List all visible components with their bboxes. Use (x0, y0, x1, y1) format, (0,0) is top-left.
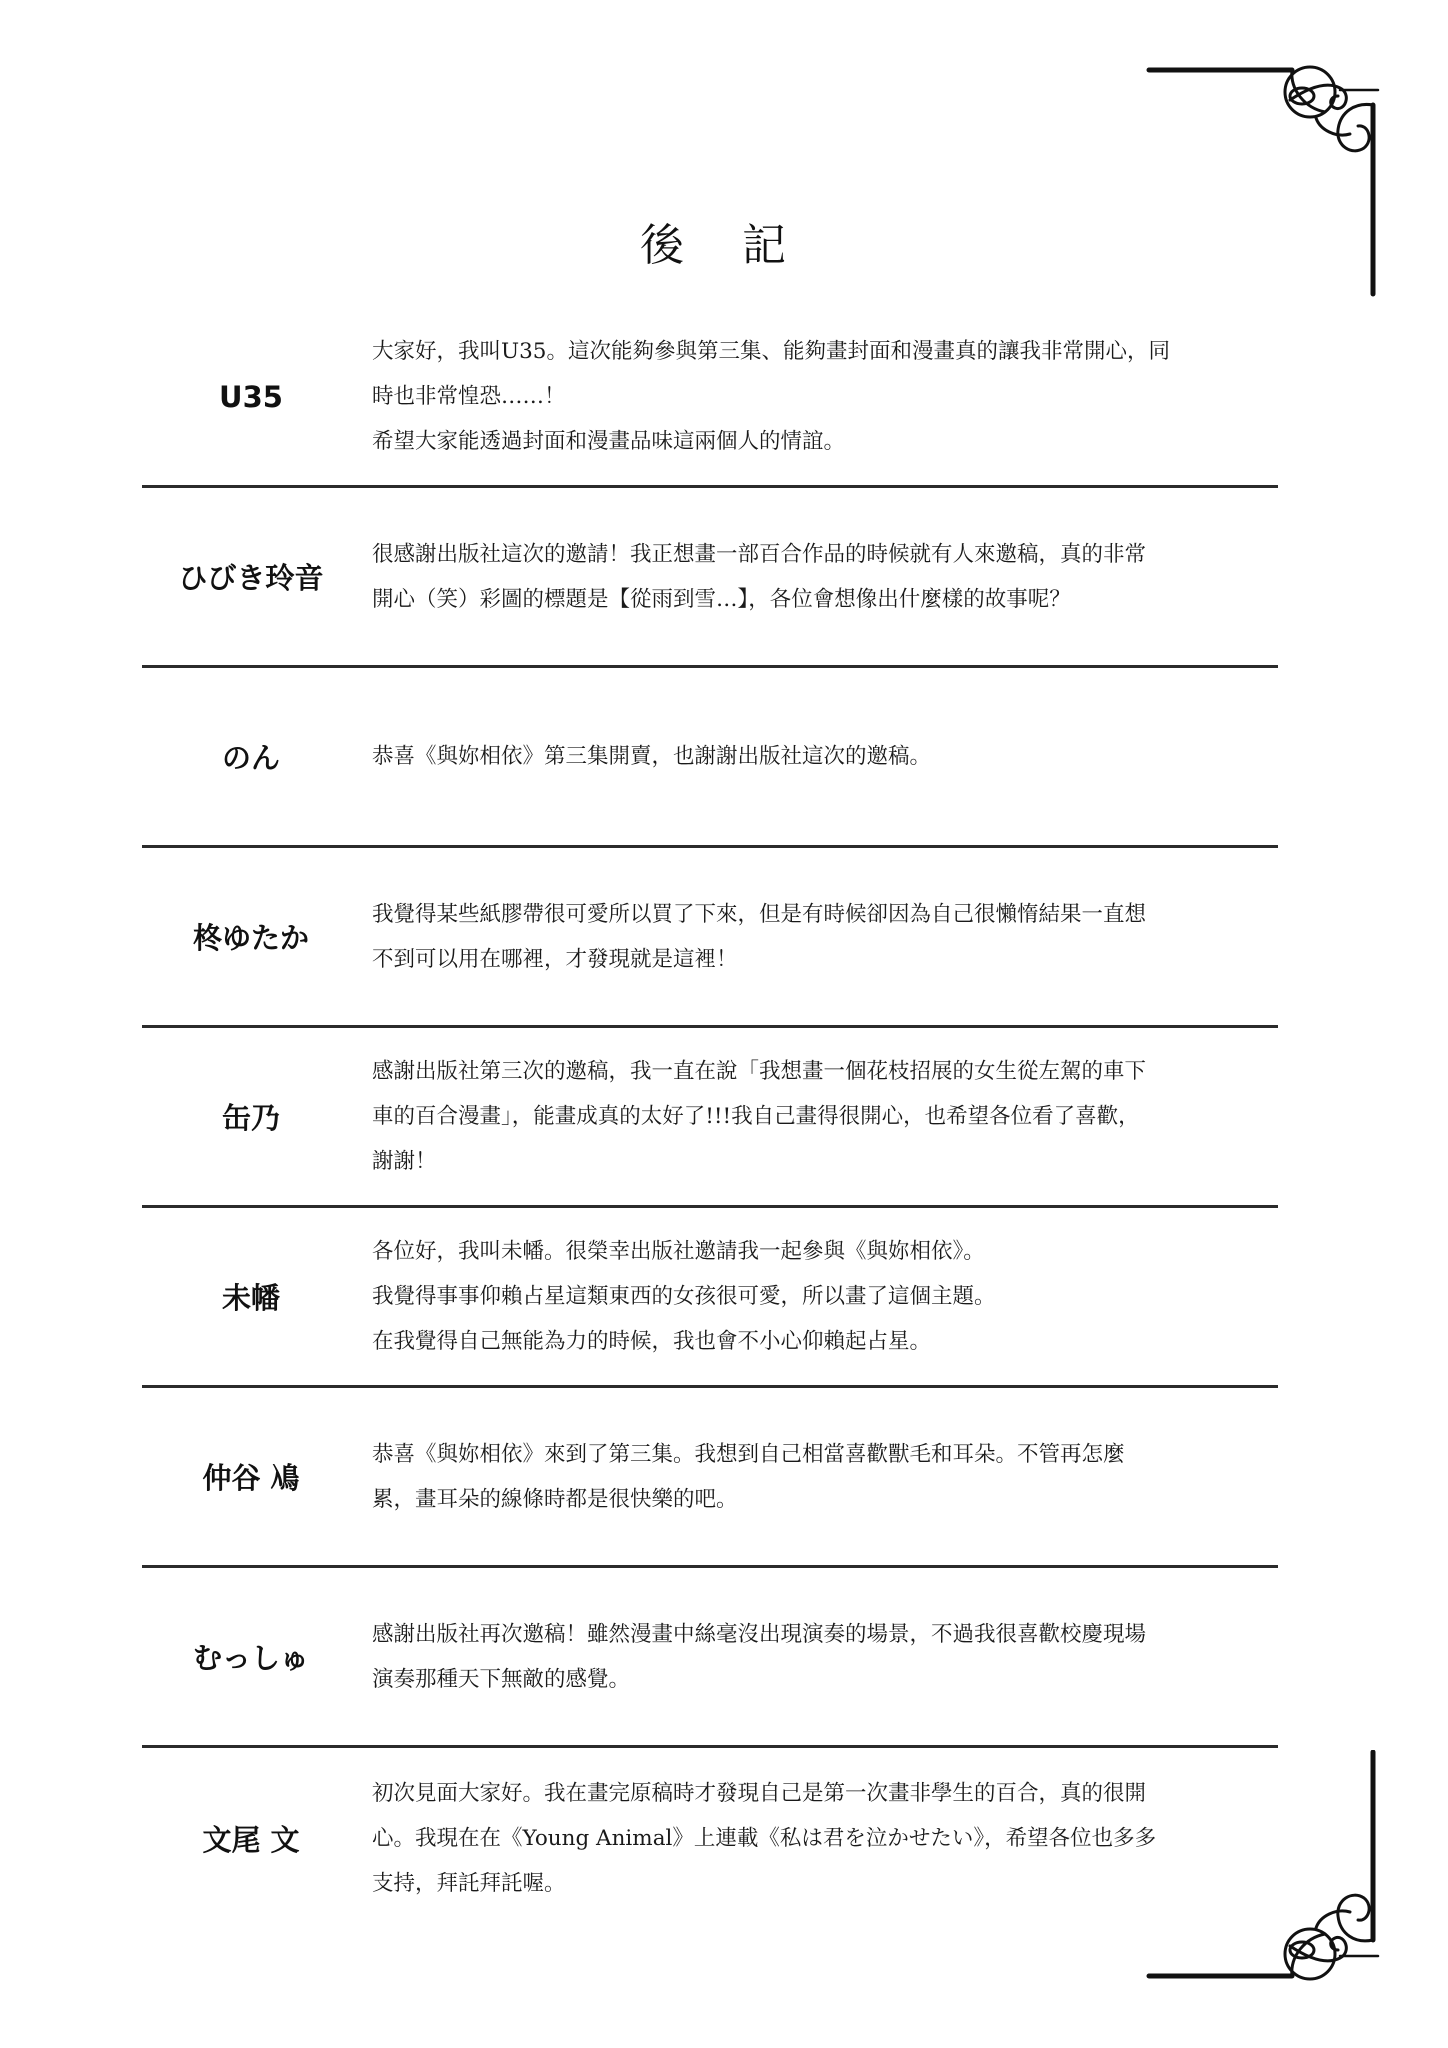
afterword-entry: 未幡 各位好，我叫未幡。很榮幸出版社邀請我一起參與《與妳相依》。 我覺得事事仰賴… (142, 1208, 1278, 1388)
message-line: 感謝出版社再次邀稿！雖然漫畫中絲毫沒出現演奏的場景，不過我很喜歡校慶現場 (372, 1612, 1252, 1657)
message-line: 支持，拜託拜託喔。 (372, 1861, 1252, 1906)
afterword-entry: むっしゅ 感謝出版社再次邀稿！雖然漫畫中絲毫沒出現演奏的場景，不過我很喜歡校慶現… (142, 1568, 1278, 1748)
author-message: 恭喜《與妳相依》第三集開賣，也謝謝出版社這次的邀稿。 (372, 734, 1252, 779)
author-message: 我覺得某些紙膠帶很可愛所以買了下來，但是有時候卻因為自己很懶惰結果一直想 不到可… (372, 892, 1252, 982)
message-line: 很感謝出版社這次的邀請！我正想畫一部百合作品的時候就有人來邀稿，真的非常 (372, 532, 1252, 577)
author-name: のん (142, 736, 360, 777)
message-line: 心。我現在在《Young Animal》上連載《私は君を泣かせたい》，希望各位也… (372, 1816, 1252, 1861)
message-line: 各位好，我叫未幡。很榮幸出版社邀請我一起參與《與妳相依》。 (372, 1229, 1252, 1274)
afterword-entry: 文尾 文 初次見面大家好。我在畫完原稿時才發現自己是第一次畫非學生的百合，真的很… (142, 1748, 1278, 1928)
afterword-entries: U35 大家好，我叫U35。這次能夠參與第三集、能夠畫封面和漫畫真的讓我非常開心… (142, 308, 1278, 1928)
message-line: 開心（笑）彩圖的標題是【從雨到雪…】，各位會想像出什麼樣的故事呢？ (372, 577, 1252, 622)
afterword-entry: ひびき玲音 很感謝出版社這次的邀請！我正想畫一部百合作品的時候就有人來邀稿，真的… (142, 488, 1278, 668)
afterword-entry: のん 恭喜《與妳相依》第三集開賣，也謝謝出版社這次的邀稿。 (142, 668, 1278, 848)
message-line: 大家好，我叫U35。這次能夠參與第三集、能夠畫封面和漫畫真的讓我非常開心，同 (372, 329, 1252, 374)
message-line: 初次見面大家好。我在畫完原稿時才發現自己是第一次畫非學生的百合，真的很開 (372, 1771, 1252, 1816)
message-line: 謝謝！ (372, 1139, 1252, 1184)
message-line: 希望大家能透過封面和漫畫品味這兩個人的情誼。 (372, 419, 1252, 464)
author-name: 柊ゆたか (142, 916, 360, 957)
author-message: 大家好，我叫U35。這次能夠參與第三集、能夠畫封面和漫畫真的讓我非常開心，同 時… (372, 329, 1252, 464)
afterword-entry: 柊ゆたか 我覺得某些紙膠帶很可愛所以買了下來，但是有時候卻因為自己很懶惰結果一直… (142, 848, 1278, 1028)
author-message: 很感謝出版社這次的邀請！我正想畫一部百合作品的時候就有人來邀稿，真的非常 開心（… (372, 532, 1252, 622)
author-name: 缶乃 (142, 1096, 360, 1137)
author-name: 仲谷 鳰 (142, 1456, 360, 1497)
author-name: ひびき玲音 (142, 556, 360, 597)
author-message: 初次見面大家好。我在畫完原稿時才發現自己是第一次畫非學生的百合，真的很開 心。我… (372, 1771, 1252, 1906)
author-name: むっしゅ (142, 1636, 360, 1677)
author-name: 未幡 (142, 1276, 360, 1317)
message-line: 累，畫耳朵的線條時都是很快樂的吧。 (372, 1477, 1252, 1522)
message-line: 我覺得事事仰賴占星這類東西的女孩很可愛，所以畫了這個主題。 (372, 1274, 1252, 1319)
afterword-entry: 仲谷 鳰 恭喜《與妳相依》來到了第三集。我想到自己相當喜歡獸毛和耳朵。不管再怎麼… (142, 1388, 1278, 1568)
message-line: 不到可以用在哪裡，才發現就是這裡！ (372, 937, 1252, 982)
message-line: 恭喜《與妳相依》來到了第三集。我想到自己相當喜歡獸毛和耳朵。不管再怎麼 (372, 1432, 1252, 1477)
afterword-entry: 缶乃 感謝出版社第三次的邀稿，我一直在說「我想畫一個花枝招展的女生從左駕的車下 … (142, 1028, 1278, 1208)
author-message: 各位好，我叫未幡。很榮幸出版社邀請我一起參與《與妳相依》。 我覺得事事仰賴占星這… (372, 1229, 1252, 1364)
author-message: 感謝出版社第三次的邀稿，我一直在說「我想畫一個花枝招展的女生從左駕的車下 車的百… (372, 1049, 1252, 1184)
message-line: 車的百合漫畫」，能畫成真的太好了!!!我自己畫得很開心，也希望各位看了喜歡， (372, 1094, 1252, 1139)
message-line: 我覺得某些紙膠帶很可愛所以買了下來，但是有時候卻因為自己很懶惰結果一直想 (372, 892, 1252, 937)
message-line: 感謝出版社第三次的邀稿，我一直在說「我想畫一個花枝招展的女生從左駕的車下 (372, 1049, 1252, 1094)
page-title: 後 記 (0, 209, 1448, 273)
author-message: 感謝出版社再次邀稿！雖然漫畫中絲毫沒出現演奏的場景，不過我很喜歡校慶現場 演奏那… (372, 1612, 1252, 1702)
author-name: 文尾 文 (142, 1818, 360, 1859)
message-line: 在我覺得自己無能為力的時候，我也會不小心仰賴起占星。 (372, 1319, 1252, 1364)
message-line: 恭喜《與妳相依》第三集開賣，也謝謝出版社這次的邀稿。 (372, 734, 1252, 779)
message-line: 演奏那種天下無敵的感覺。 (372, 1657, 1252, 1702)
message-line: 時也非常惶恐……！ (372, 374, 1252, 419)
afterword-entry: U35 大家好，我叫U35。這次能夠參與第三集、能夠畫封面和漫畫真的讓我非常開心… (142, 308, 1278, 488)
author-name: U35 (142, 380, 360, 414)
author-message: 恭喜《與妳相依》來到了第三集。我想到自己相當喜歡獸毛和耳朵。不管再怎麼 累，畫耳… (372, 1432, 1252, 1522)
